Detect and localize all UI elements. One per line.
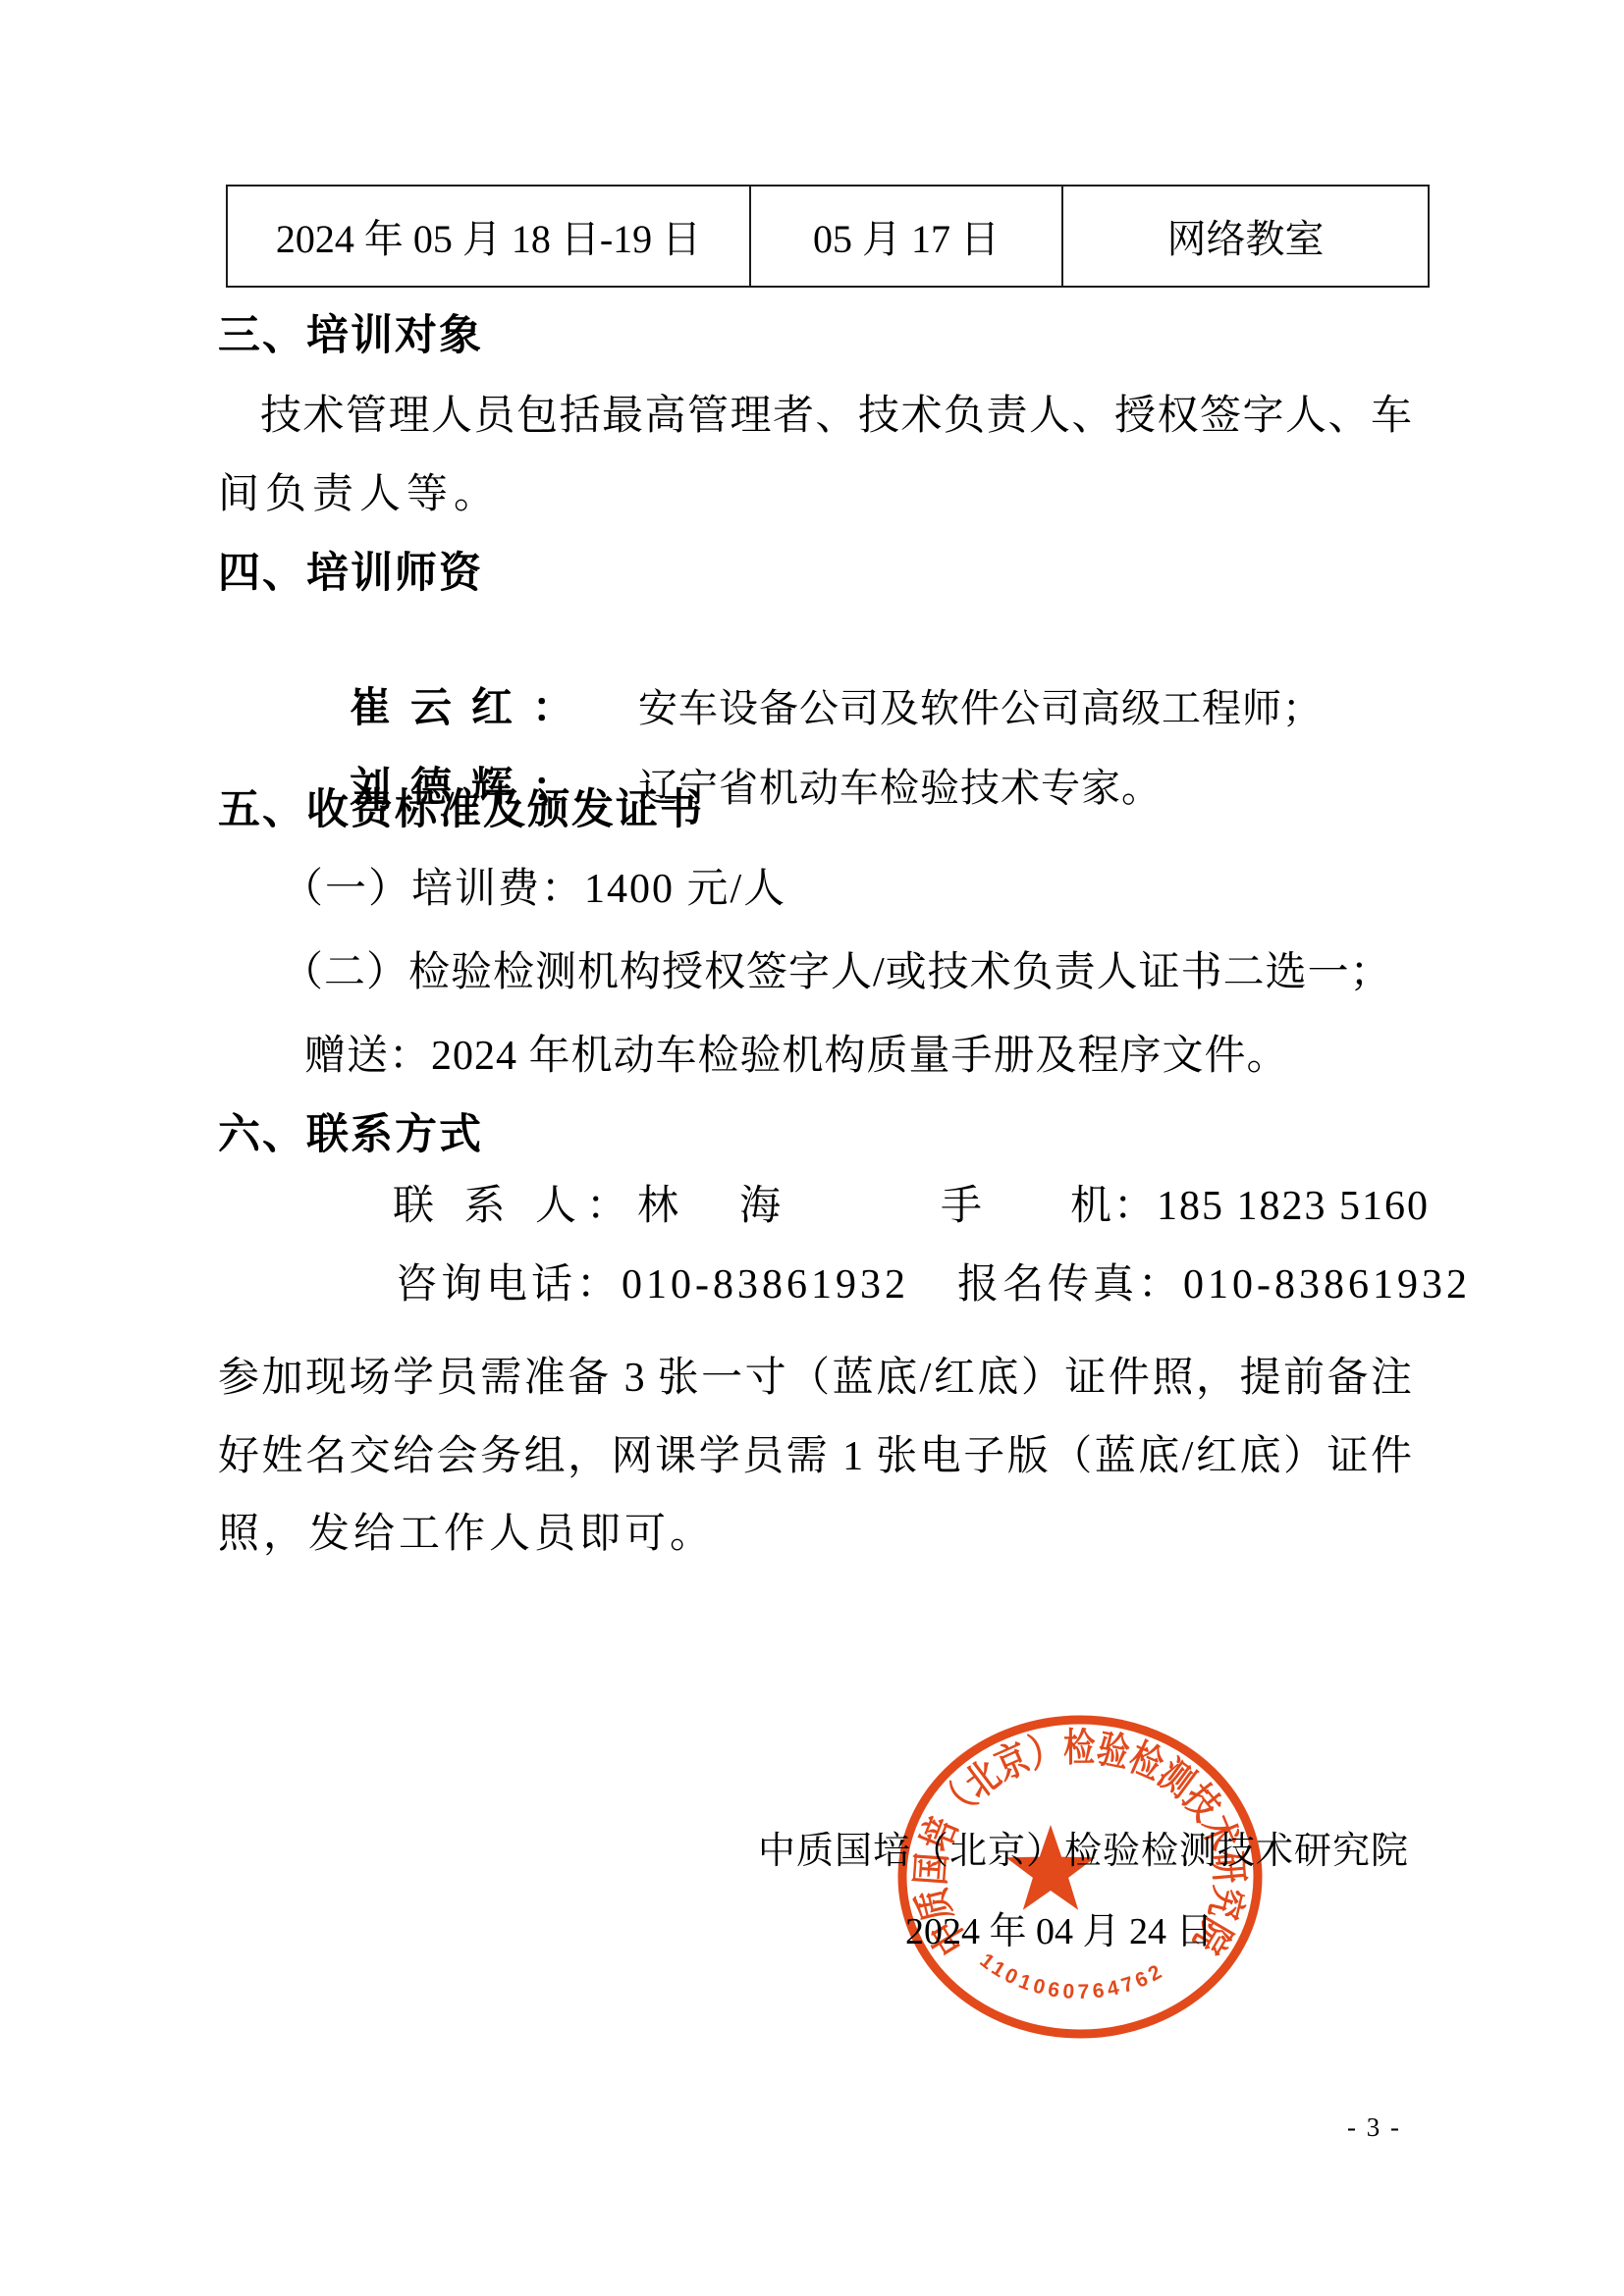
location-cell: 网络教室 (1061, 187, 1428, 286)
notice-line-1: 参加现场学员需准备 3 张一寸（蓝底/红底）证件照，提前备注 (218, 1353, 1412, 1404)
gift-item: 赠送：2024 年机动车检验机构质量手册及程序文件。 (304, 1031, 1289, 1082)
official-stamp: 中质国培（北京）检验检测技术研究院 1101060764762 (893, 1713, 1267, 2042)
contact-mobile: 手 机：185 1823 5160 (941, 1181, 1430, 1232)
contact-person: 联 系 人：林 海 (393, 1181, 790, 1232)
contact-fax: 报名传真：010-83861932 (957, 1259, 1471, 1310)
section-3-heading: 三、培训对象 (218, 310, 483, 361)
schedule-table: 2024 年 05 月 18 日-19 日 05 月 17 日 网络教室 (226, 185, 1430, 288)
fee-item: （一）培训费：1400 元/人 (282, 864, 786, 915)
section-3-line-2: 间负责人等。 (218, 469, 501, 520)
section-3-line-1: 技术管理人员包括最高管理者、技术负责人、授权签字人、车 (218, 391, 1412, 442)
section-4-heading: 四、培训师资 (218, 548, 483, 599)
section-5-heading: 五、收费标准及颁发证书 (218, 784, 704, 835)
stamp-star-icon (1005, 1825, 1095, 1910)
report-date-cell: 05 月 17 日 (749, 187, 1061, 286)
svg-text:1101060764762: 1101060764762 (976, 1949, 1165, 2003)
certificate-item: （二）检验检测机构授权签字人/或技术负责人证书二选一； (282, 947, 1392, 998)
stamp-code: 1101060764762 (976, 1949, 1165, 2003)
notice-line-3: 照，发给工作人员即可。 (218, 1509, 715, 1560)
notice-line-2: 好姓名交给会务组，网课学员需 1 张电子版（蓝底/红底）证件 (218, 1431, 1412, 1482)
section-6-heading: 六、联系方式 (218, 1109, 483, 1160)
page-number: - 3 - (1347, 2112, 1401, 2143)
contact-tel: 咨询电话：010-83861932 (396, 1259, 909, 1310)
training-date-cell: 2024 年 05 月 18 日-19 日 (228, 187, 749, 286)
teacher-2-desc: 辽宁省机动车检验技术专家。 (638, 766, 1162, 810)
document-page: 2024 年 05 月 18 日-19 日 05 月 17 日 网络教室 三、培… (0, 0, 1624, 2296)
